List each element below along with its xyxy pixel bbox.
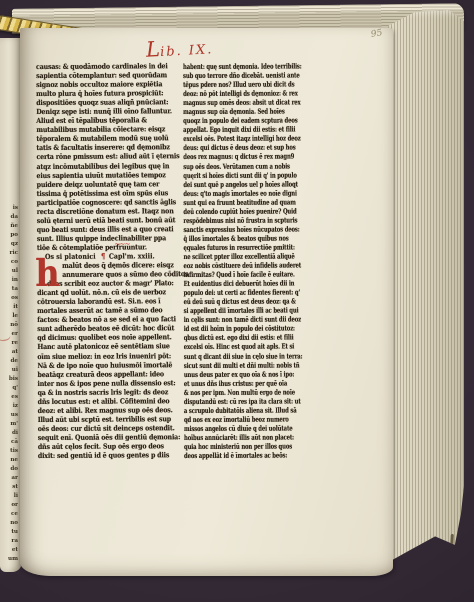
text-fragment: le (1, 312, 18, 321)
text-line: beatāqz creaturā deos appellant: ideo (37, 369, 165, 379)
text-line: deos rex magnus: q dictus ē rex magn9 (183, 152, 294, 162)
text-fragment: es (1, 393, 18, 402)
right-text-column: habent: quę sunt dęmonia. Ideo terribili… (183, 61, 295, 460)
rubric-flourish: ∼∼∼ (114, 239, 129, 248)
text-line: hoībus annūciarēt: illis aūt non placet: (184, 432, 295, 442)
page-slit-mark (449, 534, 454, 566)
text-line: puidere deiqz uoluntatē quę tam cer (37, 179, 165, 189)
running-title-initial: L (145, 37, 160, 62)
text-fragment: st (1, 483, 18, 492)
text-line: a scrupulo dubitatōis aliena sit. Illud … (184, 405, 295, 415)
text-line: tissima q̄ potētissima est oīm spūs eius (37, 188, 165, 198)
text-line: certa rōne pmissum est: aliud aūt ī ęter… (36, 152, 164, 162)
pilcrow-mark: ¶ (101, 252, 105, 261)
text-fragment: tis (1, 447, 18, 456)
text-line: recta discretiōne donatum est. Itaqz non (37, 206, 165, 216)
text-fragment: co (1, 258, 18, 267)
running-title-rest: ib. IX. (160, 42, 214, 60)
text-fragment: tu (1, 528, 18, 537)
text-fragment: at (1, 348, 18, 357)
text-line: Nā & de ipo noīe quo huiusmōi īmortalē (37, 360, 165, 370)
text-line: q̄ illos īmortales & beatos quibus nos (183, 233, 294, 243)
text-fragment: qz (1, 240, 18, 249)
text-fragment: ui (1, 366, 18, 375)
text-line: sunt q dicant dii siue in cęlo siue in t… (184, 351, 295, 361)
text-fragment: de (1, 357, 18, 366)
running-title: Lib. IX. (145, 34, 213, 61)
text-fragment: um (1, 555, 18, 564)
left-column-lower-lines: dicant qd uolūt. nō.n. cū eis de uerbozc… (37, 287, 166, 460)
text-fragment: ra (1, 537, 18, 546)
text-fragment: q' (1, 384, 18, 393)
text-line: excelsi oīs. Hinc est quod ait apls. Et … (184, 342, 295, 352)
text-fragment: ul (1, 267, 18, 276)
text-fragment: os (1, 294, 18, 303)
left-column-upper-lines: causas: & quodāmodo cardinales in deisap… (36, 61, 165, 252)
text-line: sanctis expressius hoīes nūcupatos deos: (183, 224, 294, 234)
text-line: respōdebimus nisi nō frustra in scpturis (183, 215, 294, 225)
text-line: deos appellāt id ē īmortales ac beōs: (184, 451, 295, 461)
text-line: unus deus pater ex quo oīa & nos ī ipo: (184, 369, 295, 379)
text-fragment: do (1, 465, 18, 474)
text-fragment: in (1, 276, 18, 285)
text-fragment: it (1, 303, 18, 312)
text-line: eius sapientia uiuūt mutatiōes tempoz (37, 170, 165, 180)
text-fragment: ne (1, 456, 18, 465)
text-line: participatiōe cognoscere: qd sanctis āgl… (37, 197, 165, 207)
text-line: quęrit si hoīes dicti sunt dii q' in pop… (183, 170, 294, 180)
text-line: atqz incōmutabilibus dei legibus quę in (36, 161, 164, 171)
text-fragment: li (1, 492, 18, 501)
text-line: Hanc autē platonicoz eē sentētiam siue (37, 342, 165, 352)
book-page: Lib. IX. 95 causas: & quodāmodo cardinal… (20, 28, 393, 576)
text-fragment: iz (1, 402, 18, 411)
chapter-number-label: Capl'm. xxiii. (109, 251, 155, 260)
photo-background: isdañepoqzriccoulintaositlenōerreatdeuib… (0, 0, 474, 602)
text-fragment: da (1, 213, 18, 222)
right-column-lines: habent: quę sunt dęmonia. Ideo terribili… (183, 61, 295, 460)
text-fragment: us (1, 411, 18, 420)
text-fragment: di (1, 429, 18, 438)
text-line: & nos per ipm. Non multū ergo de noīe (184, 387, 295, 397)
lombard-initial: h (35, 258, 59, 288)
text-line: sup oēs deos. Verūtamen cum a nobis (183, 161, 294, 171)
text-line: sunt qui ea fruunt beatitudine ad quam (183, 197, 294, 207)
text-line: sicut sunt dii multi et dñi multi: nobis… (184, 360, 295, 370)
text-fragment: or (1, 501, 18, 510)
text-line: oīm siue melioz: in eoz lris inueniri pō… (37, 351, 165, 361)
text-line: qa & in nostris sacris lris legit: ds de… (38, 387, 166, 397)
text-line: dei sunt quē p angelos uel p hoīes alloq… (183, 179, 294, 189)
text-line: et unus dñs ihus cristus: per quē oīa (184, 378, 295, 388)
text-fragment: ric (1, 249, 18, 258)
text-fragment: bis (1, 375, 18, 384)
text-fragment: po (1, 231, 18, 240)
text-line: qd nos ex eoz īmortaliū beoz numero (184, 414, 295, 424)
text-fragment: ar (1, 474, 18, 483)
text-line: deū colendo cupiūt hoīes puenire? Quid (183, 206, 294, 216)
text-fragment: nō (1, 321, 18, 330)
facing-page-text-fragments: isdañepoqzriccoulintaositlenōerreatdeuib… (1, 204, 18, 564)
text-fragment: et (1, 546, 18, 555)
text-line: dñs locutus est: et alibi. Cōfitemini de… (38, 396, 166, 406)
text-fragment: ta (1, 285, 18, 294)
fore-edge-page-stack (388, 10, 464, 576)
text-fragment: is (1, 204, 18, 213)
text-fragment: m' (1, 420, 18, 429)
facing-page-sliver: isdañepoqzriccoulintaositlenōerreatdeuib… (0, 38, 22, 572)
text-line: deus: q'to magis īmortales eo noīe digni (183, 188, 294, 198)
text-fragment: cā (1, 438, 18, 447)
text-line: disputandū est: cū res ipa ita clara sit… (184, 396, 295, 406)
text-fragment: ce (1, 510, 18, 519)
left-text-column: causas: & quodāmodo cardinales in deisap… (36, 61, 166, 460)
text-line: missos angelos cū diuīe q dei uolūtate (184, 423, 295, 433)
text-fragment: ñe (1, 222, 18, 231)
text-fragment: no (1, 519, 18, 528)
text-line: dixit: sed gentiū id ē quos gentes p dii… (38, 450, 166, 460)
text-line: inter nos & ipos pene nulla dissensio es… (37, 378, 165, 388)
folio-number: 95 (370, 28, 383, 40)
